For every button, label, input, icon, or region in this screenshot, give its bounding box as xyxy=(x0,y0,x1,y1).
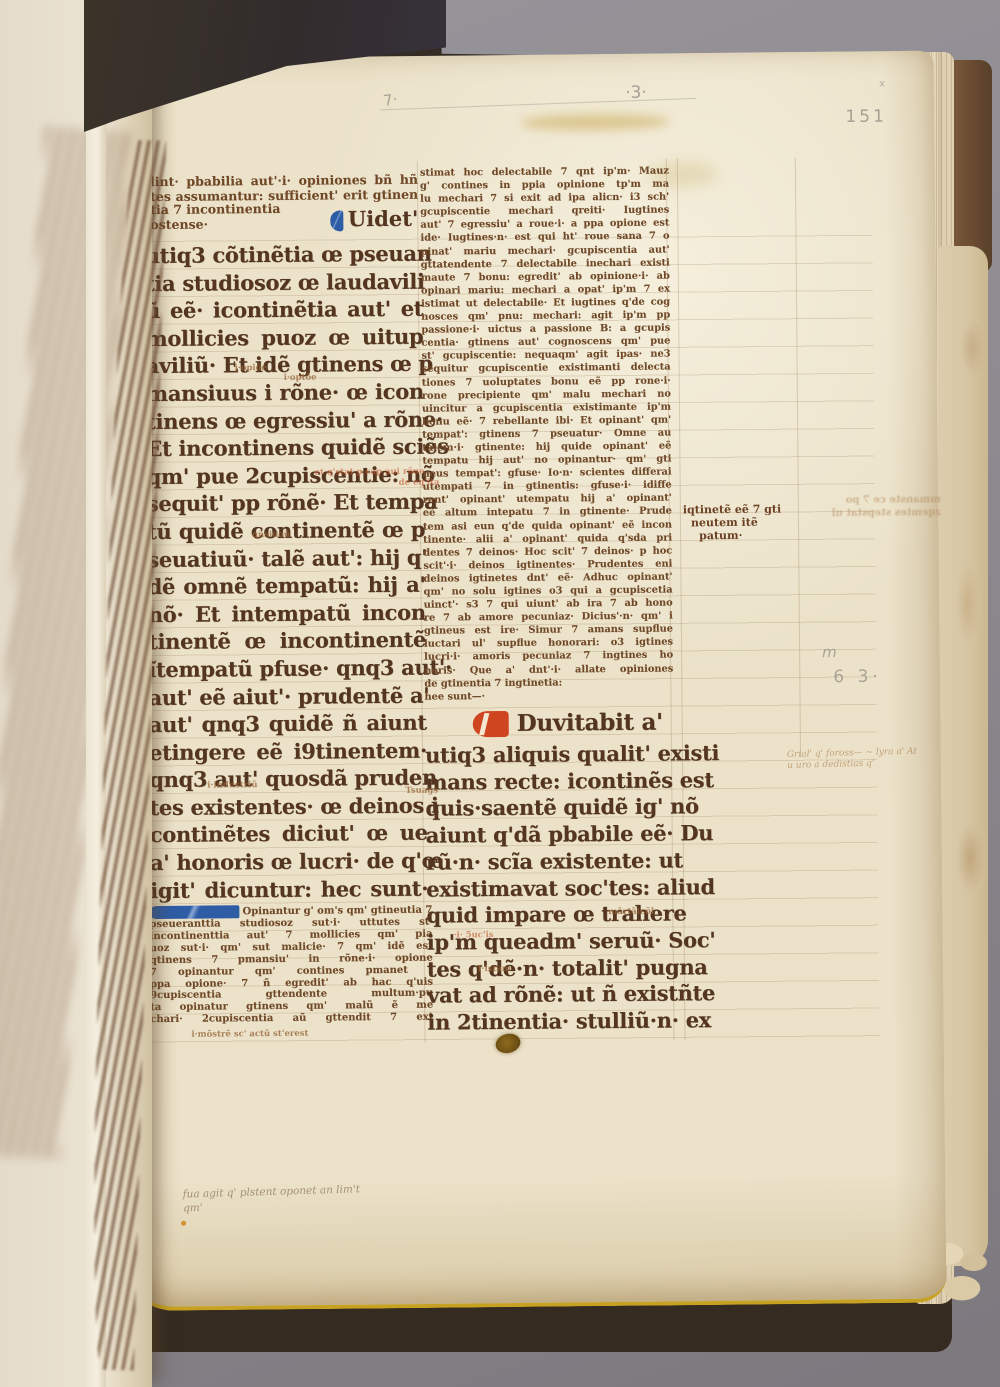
interlinear-gloss: ·i· 5uc'is xyxy=(454,930,494,940)
interlinear-gloss: mãrtãicõl xyxy=(608,907,654,917)
pencil-mark-63: 6 3· xyxy=(833,667,882,687)
showthrough-line: mmanste ce 7 po xyxy=(789,493,941,507)
interlinear-gloss: et q'stat p cap aui rõue xyxy=(314,467,424,478)
ink-speck xyxy=(181,1221,186,1226)
interlinear-gloss: de eq'ita xyxy=(399,478,440,488)
manuscript-photo-scene: lint· pbabilia aut'·i· opiniones bñ hñte… xyxy=(0,0,1000,1387)
pencil-mark-top-left: 7· xyxy=(382,90,399,110)
interlinear-gloss: i·mõstrẽ sc' actũ st'erest xyxy=(191,1029,308,1040)
interlinear-gloss: i·industriũ xyxy=(207,780,257,790)
facing-page-stack xyxy=(0,0,152,1387)
cursive-margin-note: Grial' q' foross— ~ lyra a' At u uro a d… xyxy=(787,746,956,772)
pencil-mark-x: x xyxy=(879,79,885,90)
pencil-mark-m: m xyxy=(822,643,837,661)
interlinear-gloss: i·optõe xyxy=(284,373,317,383)
showthrough-line: zqemtes stepstat ul xyxy=(789,506,941,520)
interlinear-gloss: Tsuags xyxy=(405,786,438,796)
showthrough-text: mmanste ce 7 po zqemtes stepstat ul xyxy=(789,493,941,520)
interlinear-gloss: qñsidoũ xyxy=(252,530,290,540)
folio-number: 151 xyxy=(845,107,887,127)
interlinear-gloss: f·istam xyxy=(478,964,511,974)
interlinear-gloss: i·opiõe xyxy=(235,363,267,373)
